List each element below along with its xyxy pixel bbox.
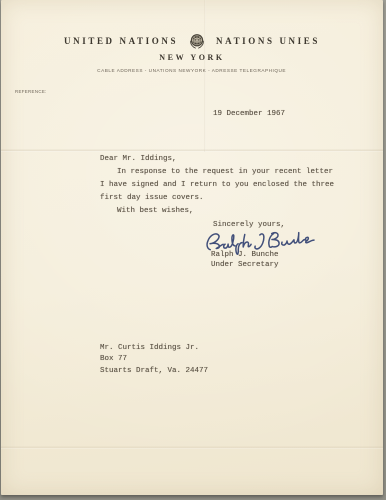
recipient-line: Stuarts Draft, Va. 24477 [100, 366, 208, 377]
signed-title: Under Secretary [211, 261, 279, 269]
org-name-english: UNITED NATIONS [64, 36, 178, 46]
letter-body: Dear Mr. Iddings, In response to the req… [100, 153, 334, 218]
recipient-address: Mr. Curtis Iddings Jr. Box 77 Stuarts Dr… [100, 343, 208, 377]
scanned-letter-scene: UNITED NATIONS [0, 0, 386, 500]
body-line: In response to the request in your recen… [100, 166, 334, 179]
reference-label: REFERENCE: [15, 83, 73, 101]
paper-crease [1, 446, 383, 449]
closing-line: With best wishes, [100, 205, 334, 218]
recipient-line: Box 77 [100, 354, 208, 365]
recipient-line: Mr. Curtis Iddings Jr. [100, 343, 208, 354]
letter-document: UNITED NATIONS [1, 0, 383, 495]
org-name-french: NATIONS UNIES [216, 36, 320, 46]
letterhead: UNITED NATIONS [1, 32, 383, 50]
letter-date: 19 December 1967 [213, 110, 285, 118]
body-line: first day issue covers. [100, 192, 334, 205]
salutation: Dear Mr. Iddings, [100, 153, 334, 166]
un-emblem-icon [188, 32, 206, 50]
letterhead-city: NEW YORK [1, 53, 383, 62]
paper-crease [1, 149, 383, 152]
body-line: I have signed and I return to you enclos… [100, 179, 334, 192]
cable-address-line: CABLE ADDRESS - UNATIONS NEWYORK - ADRES… [1, 63, 383, 81]
signed-name-typed: Ralph J. Bunche [211, 251, 279, 259]
